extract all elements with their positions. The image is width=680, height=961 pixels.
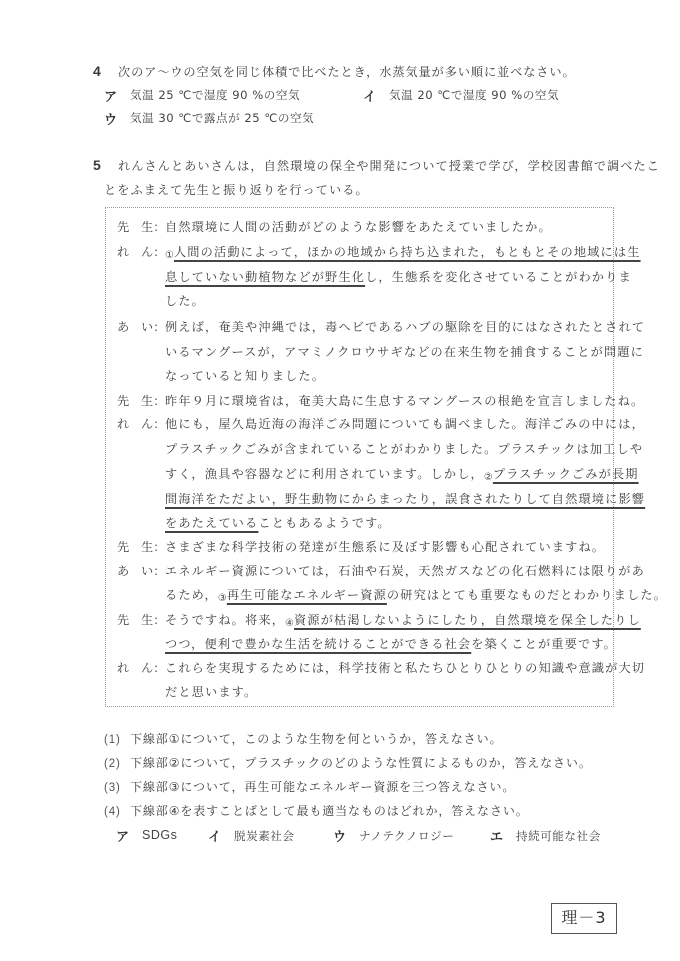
underlined-text-2: をあたえている — [165, 516, 258, 530]
dialogue-text: し，生態系を変化させていることがわかりま — [365, 270, 632, 284]
dialogue-line: 息していない動植物などが野生化し，生態系を変化させていることがわかりま — [165, 268, 632, 285]
choice-e-label: エ — [490, 826, 503, 845]
underlined-text-2: 間海洋をただよい，野生動物にからまったり，誤食されたりして自然環境に影響 — [165, 492, 645, 506]
marker-1: ① — [165, 250, 174, 261]
subquestion-number: (3) — [104, 782, 130, 794]
speaker-label: 先生： — [117, 538, 165, 555]
underlined-text-3: 再生可能なエネルギー資源 — [227, 588, 387, 602]
question-5-number: 5 — [93, 157, 101, 173]
speaker-char: ん — [141, 417, 153, 431]
subquestion-3: (3)下線部③について，再生可能なエネルギー資源を三つ答えなさい。 — [104, 778, 515, 795]
dialogue-line: をあたえていることもあるようです。 — [165, 514, 391, 531]
dialogue-text: を築くことが重要です。 — [471, 637, 617, 651]
page-number-badge: 理－3 — [551, 903, 617, 934]
dialogue-line: 間海洋をただよい，野生動物にからまったり，誤食されたりして自然環境に影響 — [165, 490, 645, 507]
dialogue-line: るため，③再生可能なエネルギー資源の研究はとても重要なものだとわかりました。 — [165, 586, 667, 604]
speaker-char: れ — [117, 659, 141, 676]
speaker-char: い — [141, 320, 153, 334]
underlined-text-1: 人間の活動によって，ほかの地域から持ち込まれた，もともとその地域には生 — [174, 245, 641, 259]
dialogue-text: さまざまな科学技術の発達が生態系に及ぼす影響も心配されていますね。 — [165, 540, 605, 554]
dialogue-line: れん：①人間の活動によって，ほかの地域から持ち込まれた，もともとその地域には生 — [117, 243, 641, 261]
speaker-char: れ — [117, 243, 141, 260]
speaker-label: れん： — [117, 659, 165, 676]
speaker-label: 先生： — [117, 218, 165, 235]
question-5-intro-line2: とをふまえて先生と振り返りを行っている。 — [104, 181, 369, 198]
speaker-label: れん： — [117, 415, 165, 432]
speaker-char: 生 — [141, 613, 153, 627]
dialogue-text: なっていると知りました。 — [165, 369, 325, 383]
dialogue-text: こともあるようです。 — [258, 516, 390, 530]
q4-option-a-text: 気温 25 ℃で湿度 90 %の空気 — [130, 87, 300, 103]
dialogue-text: いるマングースが，アマミノクロウサギなどの在来生物を捕食することが問題に — [165, 345, 644, 359]
dialogue-line: だと思います。 — [165, 683, 257, 700]
dialogue-line: いるマングースが，アマミノクロウサギなどの在来生物を捕食することが問題に — [165, 343, 644, 360]
dialogue-line: 先生：自然環境に人間の活動がどのような影響をあたえていましたか。 — [117, 218, 552, 235]
dialogue-line: れん：他にも，屋久島近海の海洋ごみ問題についても調べました。海洋ごみの中には， — [117, 415, 645, 432]
underlined-text-4: 資源が枯渇しないようにしたり，自然環境を保全したりし — [294, 613, 641, 627]
underlined-text-1: 息していない動植物などが野生化 — [165, 270, 365, 284]
dialogue-text: 自然環境に人間の活動がどのような影響をあたえていましたか。 — [165, 220, 552, 234]
speaker-char: れ — [117, 415, 141, 432]
dialogue-line: つつ，便利で豊かな生活を続けることができる社会を築くことが重要です。 — [165, 635, 617, 652]
question-4-number: 4 — [93, 63, 101, 79]
speaker-char: ん — [141, 245, 153, 259]
subquestion-text: 下線部④を表すことばとして最も適当なものはどれか，答えなさい。 — [130, 804, 529, 818]
speaker-label: 先生： — [117, 611, 165, 628]
subquestion-2: (2)下線部②について，プラスチックのどのような性質によるものか，答えなさい。 — [104, 754, 592, 771]
speaker-char: 先 — [117, 392, 141, 409]
underlined-text-4: つつ，便利で豊かな生活を続けることができる社会 — [165, 637, 471, 651]
speaker-label: 先生： — [117, 392, 165, 409]
dialogue-line: 先生：昨年９月に環境省は，奄美大島に生息するマングースの根絶を宣言しましたね。 — [117, 392, 644, 409]
choice-i-label: イ — [208, 826, 221, 845]
dialogue-line: れん：これらを実現するためには，科学技術と私たちひとりひとりの知識や意識が大切 — [117, 659, 645, 676]
dialogue-line: した。 — [165, 292, 205, 309]
choice-a-text: SDGs — [142, 828, 177, 842]
choice-a-label: ア — [116, 826, 129, 845]
dialogue-line: 先生：さまざまな科学技術の発達が生態系に及ぼす影響も心配されていますね。 — [117, 538, 605, 555]
speaker-char: あ — [117, 318, 141, 335]
underlined-text-2: プラスチックごみが長期 — [493, 467, 639, 481]
choice-e-text: 持続可能な社会 — [516, 828, 601, 844]
speaker-char: あ — [117, 562, 141, 579]
marker-2: ② — [484, 472, 493, 483]
dialogue-text: そうですね。将来， — [165, 613, 285, 627]
question-5-intro-line1: れんさんとあいさんは，自然環境の保全や開発について授業で学び，学校図書館で調べた… — [118, 157, 660, 174]
dialogue-line: あい：例えば，奄美や沖縄では，毒ヘビであるハブの駆除を目的にはなされたとされて — [117, 318, 645, 335]
speaker-char: 生 — [141, 540, 153, 554]
dialogue-text: した。 — [165, 294, 205, 308]
dialogue-text: だと思います。 — [165, 685, 257, 699]
speaker-char: 先 — [117, 611, 141, 628]
q4-option-u-label: ウ — [104, 109, 117, 128]
dialogue-text: これらを実現するためには，科学技術と私たちひとりひとりの知識や意識が大切 — [165, 661, 645, 675]
dialogue-text: 例えば，奄美や沖縄では，毒ヘビであるハブの駆除を目的にはなされたとされて — [165, 320, 645, 334]
speaker-char: 先 — [117, 538, 141, 555]
marker-3: ③ — [218, 593, 227, 604]
speaker-char: 生 — [141, 394, 153, 408]
dialogue-text: るため， — [165, 588, 218, 602]
subquestion-number: (2) — [104, 758, 130, 770]
choice-i-text: 脱炭素社会 — [234, 828, 294, 844]
dialogue-text: 昨年９月に環境省は，奄美大島に生息するマングースの根絶を宣言しましたね。 — [165, 394, 644, 408]
dialogue-text: 他にも，屋久島近海の海洋ごみ問題についても調べました。海洋ごみの中には， — [165, 417, 645, 431]
subquestion-1: (1)下線部①について，このような生物を何というか，答えなさい。 — [104, 730, 502, 747]
dialogue-line: あい：エネルギー資源については，石油や石炭，天然ガスなどの化石燃料には限りがあ — [117, 562, 645, 579]
q4-option-u-text: 気温 30 ℃で露点が 25 ℃の空気 — [130, 110, 314, 126]
subquestion-4: (4)下線部④を表すことばとして最も適当なものはどれか，答えなさい。 — [104, 802, 529, 819]
subquestion-number: (4) — [104, 806, 130, 818]
dialogue-text: の研究はとても重要なものだとわかりました。 — [387, 588, 667, 602]
q4-option-a-label: ア — [104, 86, 117, 105]
q4-option-i-label: イ — [363, 86, 376, 105]
dialogue-text: エネルギー資源については，石油や石炭，天然ガスなどの化石燃料には限りがあ — [165, 564, 645, 578]
choice-u-text: ナノテクノロジー — [359, 828, 454, 844]
speaker-char: い — [141, 564, 153, 578]
subquestion-text: 下線部①について，このような生物を何というか，答えなさい。 — [130, 732, 502, 746]
speaker-label: れん： — [117, 243, 165, 260]
subquestion-text: 下線部③について，再生可能なエネルギー資源を三つ答えなさい。 — [130, 780, 515, 794]
dialogue-line: プラスチックごみが含まれていることがわかりました。プラスチックは加工しや — [165, 440, 643, 457]
dialogue-line: なっていると知りました。 — [165, 367, 325, 384]
speaker-char: 生 — [141, 220, 153, 234]
speaker-label: あい： — [117, 318, 165, 335]
dialogue-line: すく，漁具や容器などに利用されています。しかし，②プラスチックごみが長期 — [165, 465, 639, 483]
subquestion-text: 下線部②について，プラスチックのどのような性質によるものか，答えなさい。 — [130, 756, 592, 770]
dialogue-text: すく，漁具や容器などに利用されています。しかし， — [165, 467, 484, 481]
question-4-prompt: 次のア～ウの空気を同じ体積で比べたとき，水蒸気量が多い順に並べなさい。 — [118, 63, 576, 80]
subquestion-number: (1) — [104, 734, 130, 746]
speaker-label: あい： — [117, 562, 165, 579]
q4-option-i-text: 気温 20 ℃で湿度 90 %の空気 — [389, 87, 559, 103]
choice-u-label: ウ — [333, 826, 346, 845]
dialogue-line: 先生：そうですね。将来，④資源が枯渇しないようにしたり，自然環境を保全したりし — [117, 611, 641, 629]
speaker-char: 先 — [117, 218, 141, 235]
marker-4: ④ — [285, 618, 294, 629]
dialogue-text: プラスチックごみが含まれていることがわかりました。プラスチックは加工しや — [165, 442, 643, 456]
speaker-char: ん — [141, 661, 153, 675]
